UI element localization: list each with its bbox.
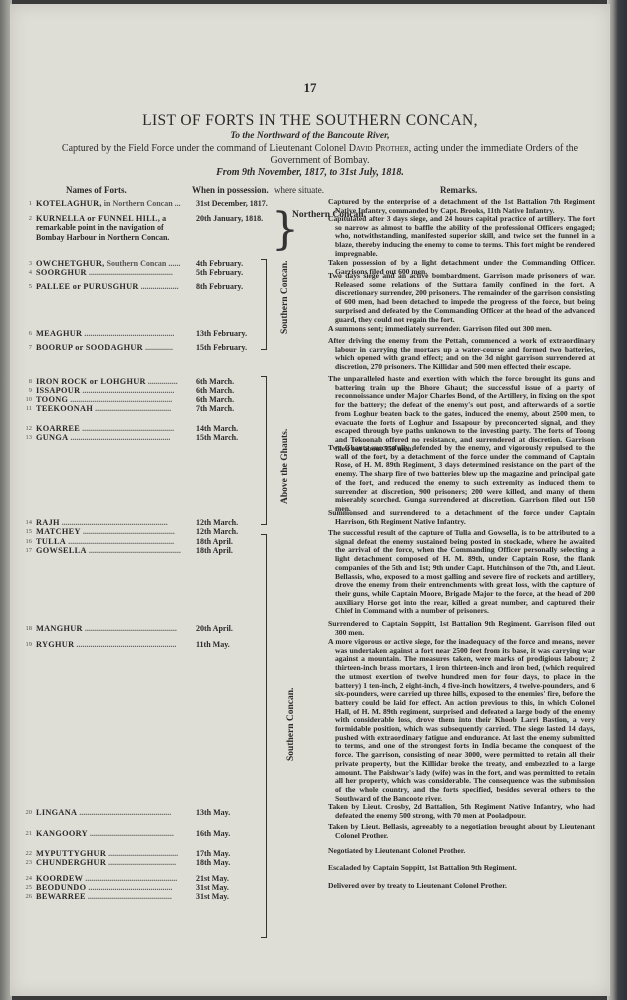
fort-number: 16 <box>20 537 32 546</box>
possession-date: 18th April. <box>196 537 276 546</box>
remark-entry: Surrendered to Captain Soppitt, 1st Batt… <box>328 620 595 637</box>
column-header-when: When in possession. <box>192 185 269 195</box>
possession-date: 31st May. <box>196 892 276 901</box>
remark-entry: Summonsed and surrendered to a detachmen… <box>328 509 595 526</box>
fort-number: 21 <box>20 829 32 838</box>
fort-number: 14 <box>20 518 32 527</box>
bracket-tick <box>261 534 267 535</box>
region-label-above-ghauts: Above the Ghauts. <box>280 429 290 504</box>
bracket-southern-2 <box>266 534 267 937</box>
fort-name: KURNELLA or FUNNEL HILL, a remarkable po… <box>36 214 186 242</box>
bracket-above-ghauts <box>266 376 267 524</box>
page-number: 17 <box>10 80 610 96</box>
fort-number: 18 <box>20 624 32 633</box>
possession-date: 20th January, 1818. <box>196 214 276 223</box>
region-label-southern-1: Southern Concan. <box>280 261 290 334</box>
fort-number: 13 <box>20 433 32 442</box>
fort-number: 22 <box>20 849 32 858</box>
bracket-tick <box>261 349 267 350</box>
fort-number: 25 <box>20 883 32 892</box>
possession-date: 14th March. <box>196 424 276 433</box>
fort-number: 1 <box>20 199 32 208</box>
possession-date: 13th May. <box>196 808 276 817</box>
remark-entry: A summons sent; immediately surrender. G… <box>328 325 595 334</box>
commander-name: David Prother <box>349 143 409 154</box>
possession-date: 6th March. <box>196 377 276 386</box>
fort-number: 19 <box>20 640 32 649</box>
possession-date: 11th May. <box>196 640 276 649</box>
fort-number: 10 <box>20 395 32 404</box>
fort-number: 20 <box>20 808 32 817</box>
remark-entry: A more vigorous or active siege, for the… <box>328 638 595 803</box>
possession-date: 20th April. <box>196 624 276 633</box>
possession-date: 5th February. <box>196 268 276 277</box>
remark-entry: Delivered over by treaty to Lieutenant C… <box>328 882 595 891</box>
bracket-southern-1 <box>266 259 267 349</box>
fort-number: 8 <box>20 377 32 386</box>
possession-date: 21st May. <box>196 874 276 883</box>
remark-entry: The unparalleled haste and exertion with… <box>328 375 595 453</box>
book-edge <box>607 0 627 1000</box>
bracket-tick <box>261 259 267 260</box>
possession-date: 18th May. <box>196 858 276 867</box>
remark-entry: The successful result of the capture of … <box>328 529 595 616</box>
fort-number: 23 <box>20 858 32 867</box>
fort-number: 12 <box>20 424 32 433</box>
possession-date: 6th March. <box>196 386 276 395</box>
remark-entry: Taken by Lieut. Crosby, 2d Battalion, 5t… <box>328 803 595 820</box>
document-subtitle: To the Northward of the Bancoute River, <box>10 131 610 141</box>
region-label-northern: Northern Concan. <box>292 209 366 221</box>
remark-entry: Two Ghauts successfully defended by the … <box>328 444 595 514</box>
column-header-remarks: Remarks. <box>440 185 477 195</box>
date-range: From 9th November, 1817, to 31st July, 1… <box>10 167 610 178</box>
column-header-where: where situate. <box>274 185 324 195</box>
possession-date: 12th March. <box>196 518 276 527</box>
fort-number: 2 <box>20 214 32 223</box>
possession-date: 31st December, 1817. <box>196 199 276 208</box>
fort-number: 3 <box>20 259 32 268</box>
capture-statement: Captured by the Field Force under the co… <box>50 143 590 167</box>
remark-entry: Capitulated after 3 days siege, and 24 h… <box>328 215 595 259</box>
possession-date: 6th March. <box>196 395 276 404</box>
possession-date: 7th March. <box>196 404 276 413</box>
fort-number: 24 <box>20 874 32 883</box>
fort-number: 6 <box>20 329 32 338</box>
fort-number: 5 <box>20 282 32 291</box>
bracket-tick <box>261 524 267 525</box>
possession-date: 8th February. <box>196 282 276 291</box>
remark-entry: Negotiated by Lieutenant Colonel Prother… <box>328 847 595 856</box>
possession-date: 15th February. <box>196 343 276 352</box>
fort-number: 26 <box>20 892 32 901</box>
possession-date: 15th March. <box>196 433 276 442</box>
fort-number: 7 <box>20 343 32 352</box>
bracket-tick <box>261 937 267 938</box>
possession-date: 18th April. <box>196 546 276 555</box>
capture-prefix: Captured by the Field Force under the co… <box>62 143 346 154</box>
possession-date: 13th February. <box>196 329 276 338</box>
fort-number: 4 <box>20 268 32 277</box>
fort-number: 15 <box>20 527 32 536</box>
bracket-tick <box>261 376 267 377</box>
remark-entry: Escaladed by Captain Soppitt, 1st Battal… <box>328 864 595 873</box>
remark-entry: Taken by Lieut. Bellasis, agreeably to a… <box>328 823 595 840</box>
remark-entry: After driving the enemy from the Pettah,… <box>328 337 595 372</box>
remark-entry: Two days siege and an active bombardment… <box>328 272 595 324</box>
remark-entry: Captured by the enterprise of a detachme… <box>328 198 595 215</box>
possession-date: 31st May. <box>196 883 276 892</box>
possession-date: 4th February. <box>196 259 276 268</box>
possession-date: 16th May. <box>196 829 276 838</box>
fort-number: 9 <box>20 386 32 395</box>
column-header-names: Names of Forts. <box>66 185 127 195</box>
region-label-southern-2: Southern Concan. <box>286 688 296 761</box>
fort-number: 17 <box>20 546 32 555</box>
document-title: LIST OF FORTS IN THE SOUTHERN CONCAN, <box>10 112 610 130</box>
fort-number: 11 <box>20 404 32 413</box>
document-page: 17 LIST OF FORTS IN THE SOUTHERN CONCAN,… <box>10 4 610 996</box>
possession-date: 17th May. <box>196 849 276 858</box>
